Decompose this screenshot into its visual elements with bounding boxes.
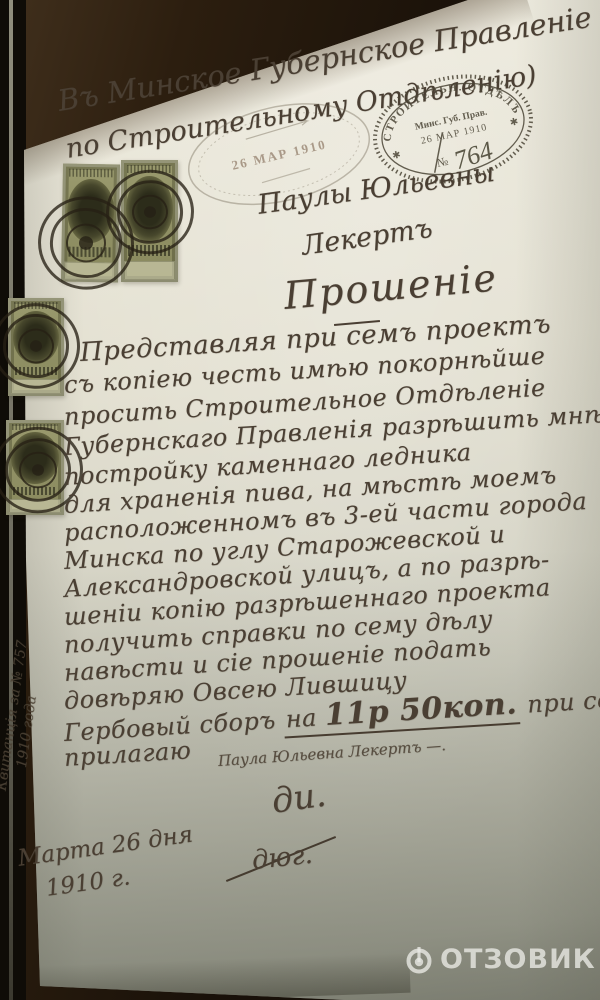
dept-stamp-star-right: ✱ [509,116,519,129]
fee-suffix: при семъ [526,683,600,718]
photo-frame: Въ Минское Губернское Правленіе по Строи… [0,0,600,1000]
docket-mark-top: ди. [269,775,328,822]
docket-mark-bottom: дюг. [250,840,314,876]
cancellation-mark [102,165,198,258]
watermark: ОТЗОВИК [404,944,596,975]
watermark-text: ОТЗОВИК [440,944,596,975]
dept-stamp-star-left: ✱ [391,150,401,163]
power-circle-icon [404,945,434,975]
received-stamp-date: 26 МАР 1910 [230,136,328,172]
stamp-tab [124,261,174,279]
